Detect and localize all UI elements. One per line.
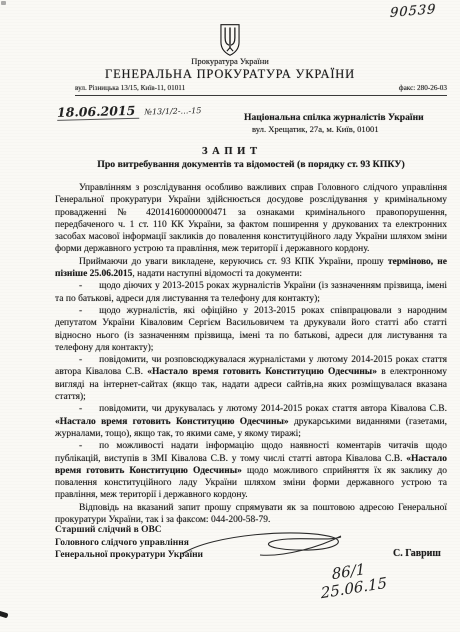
paragraph-case-description: Управлінням з розслідування особливо важ… bbox=[55, 182, 447, 256]
handwritten-ref-number: №13/1/2-…-15 bbox=[144, 106, 201, 116]
bullet-dash: - bbox=[79, 355, 82, 365]
list-item: -повідомити, чи розповсюджувалася журнал… bbox=[55, 354, 447, 403]
handwritten-date: 18.06.2015 bbox=[57, 103, 140, 121]
list-item: -щодо журналістів, які офіційно у 2013-2… bbox=[55, 305, 447, 354]
org-name-large: ГЕНЕРАЛЬНА ПРОКУРАТУРА УКРАЇНИ bbox=[0, 67, 460, 82]
scanned-document-page: 90539 Прокуратура України ГЕНЕРАЛЬНА ПРО… bbox=[0, 0, 460, 632]
bullet-dash: - bbox=[79, 441, 82, 451]
document-body: Управлінням з розслідування особливо важ… bbox=[55, 182, 447, 526]
addressee-block: Національна спілка журналістів України в… bbox=[244, 112, 449, 134]
document-subtitle: Про витребування документів та відомосте… bbox=[55, 159, 447, 170]
bullet-text: щодо діючих у 2013-2015 роках журналісті… bbox=[55, 281, 447, 303]
bullet-text: по можливості надати інформацію щодо ная… bbox=[55, 441, 447, 463]
scan-artifact bbox=[0, 611, 9, 619]
handwritten-date-ref-line: 18.06.2015 №13/1/2-…-15 bbox=[57, 98, 202, 121]
handwritten-signature bbox=[178, 528, 350, 569]
handwritten-bottom-line2: 25.06.15 bbox=[320, 575, 387, 603]
bullet-bold-text: «Настало время готовить Конституцию Одес… bbox=[147, 367, 377, 377]
list-item: -щодо діючих у 2013-2015 роках журналіст… bbox=[55, 280, 447, 305]
bullet-text: щодо журналістів, які офіційно у 2013-20… bbox=[55, 306, 447, 353]
paragraph-demand: Приймаючи до уваги викладене, керуючись … bbox=[55, 256, 447, 281]
demand-text-pre: Приймаючи до уваги викладене, керуючись … bbox=[79, 257, 388, 267]
bullet-text: повідомити, чи друкувалась у лютому 2014… bbox=[99, 404, 447, 414]
handwritten-registration-number: 90539 bbox=[390, 2, 437, 21]
bullet-dash: - bbox=[79, 404, 82, 414]
org-name-small: Прокуратура України bbox=[0, 56, 460, 66]
list-item: -по можливості надати інформацію щодо на… bbox=[55, 440, 447, 501]
bullet-bold-text: «Настало время готовить Конституцию Одес… bbox=[55, 417, 289, 427]
bullet-dash: - bbox=[79, 306, 82, 316]
org-fax: факс: 280-26-03 bbox=[399, 84, 447, 92]
handwritten-bottom-note: 86/1 25.06.15 bbox=[331, 558, 387, 601]
scan-artifact bbox=[1, 1, 6, 5]
signer-name: С. Гавриш bbox=[393, 548, 441, 559]
document-title: З А П И Т bbox=[0, 146, 460, 157]
bullet-dash: - bbox=[79, 281, 82, 291]
org-address: вул. Різницька 13/15, Київ-11, 01011 bbox=[75, 84, 185, 92]
paragraph-closing: Відповідь на вказаний запит прошу спряму… bbox=[55, 502, 447, 527]
demand-text-post: , надати наступні відомості та документи… bbox=[132, 269, 302, 279]
list-item: -повідомити, чи друкувалась у лютому 201… bbox=[55, 403, 447, 440]
header-address-row: вул. Різницька 13/15, Київ-11, 01011 фак… bbox=[75, 84, 447, 96]
addressee-name: Національна спілка журналістів України bbox=[244, 112, 449, 123]
addressee-address: вул. Хрещатик, 27а, м. Київ, 01001 bbox=[252, 124, 449, 134]
